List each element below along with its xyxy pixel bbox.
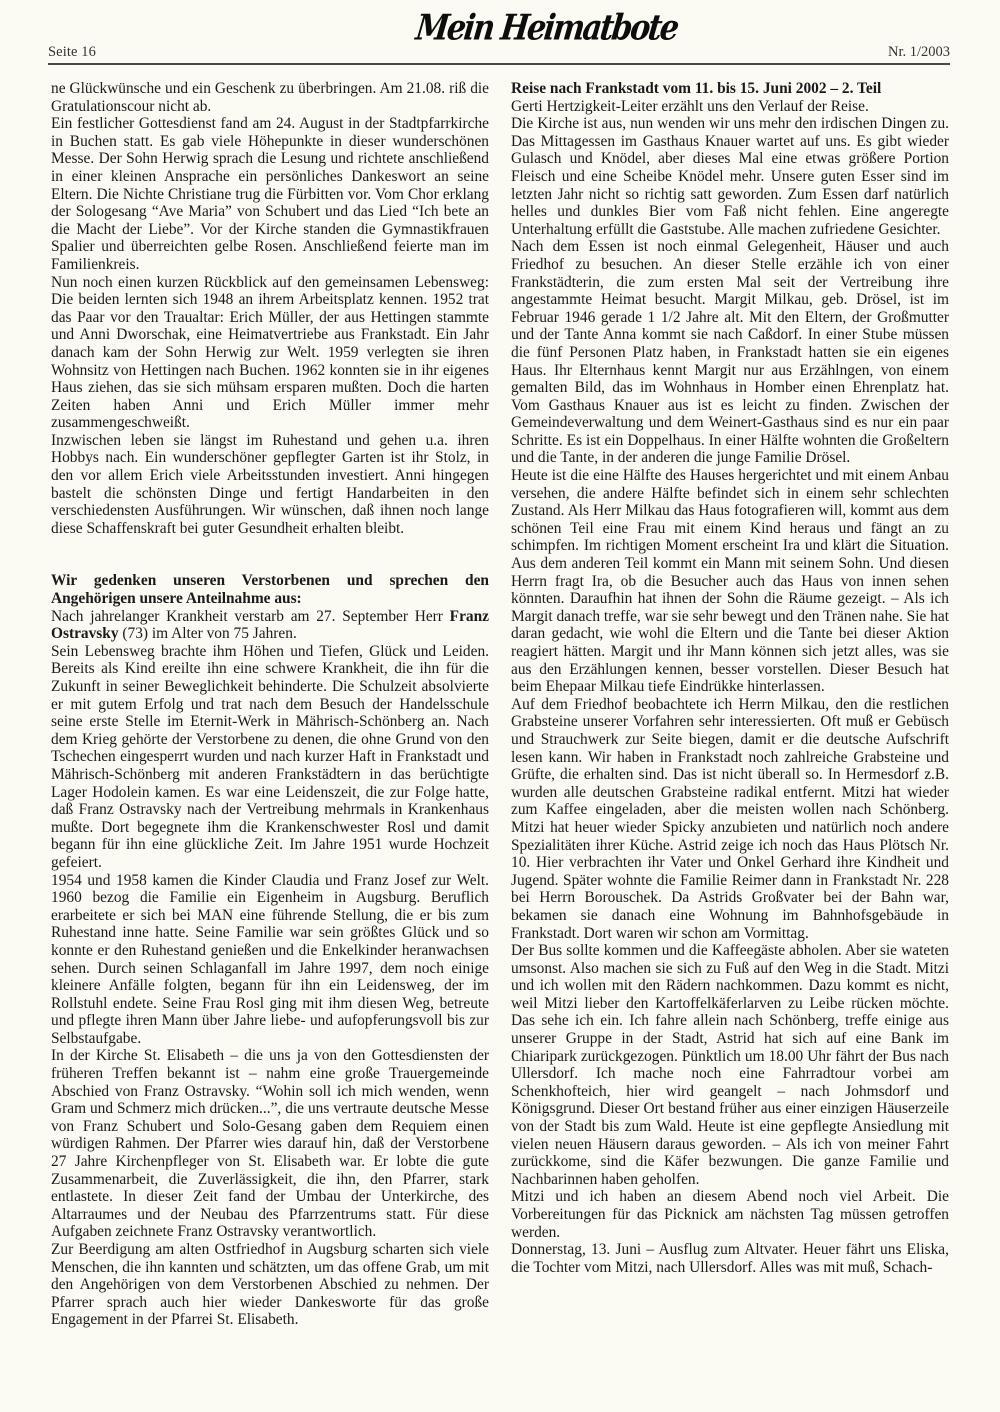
paragraph: ne Glückwünsche und ein Geschenk zu über… [51,80,489,115]
left-column: ne Glückwünsche und ein Geschenk zu über… [51,80,489,1329]
intro-text: (73) im Alter von 75 Jahren. [119,625,297,642]
paragraph: Inzwischen leben sie längst im Ruhestand… [51,432,489,538]
masthead-logo: Mein Heimatbote [414,11,608,46]
paragraph: Die Kirche ist aus, nun wenden wir uns m… [511,115,949,238]
paragraph: Heute ist die eine Hälfte des Hauses her… [511,467,949,696]
header-rule [48,63,950,65]
paragraph: Mitzi und ich haben an diesem Abend noch… [511,1188,949,1241]
paragraph: Zur Beerdigung am alten Ostfriedhof in A… [51,1241,489,1329]
byline: Gerti Hertzigkeit-Leiter erzählt uns den… [511,98,949,116]
issue-number: Nr. 1/2003 [888,44,950,61]
page-number: Seite 16 [48,44,96,61]
paragraph: Donnerstag, 13. Juni – Ausflug zum Altva… [511,1241,949,1276]
paragraph: 1954 und 1958 kamen die Kinder Claudia u… [51,872,489,1048]
paragraph: Der Bus sollte kommen und die Kaffeegäst… [511,942,949,1188]
obituary-heading: Wir gedenken unseren Verstorbenen und sp… [51,572,489,607]
paragraph: Nach dem Essen ist noch einmal Gelegenhe… [511,238,949,467]
page-header: Seite 16 Mein Heimatbote Nr. 1/2003 [48,0,950,68]
intro-text: Nach jahrelanger Krankheit verstarb am 2… [51,608,450,625]
obituary-intro: Nach jahrelanger Krankheit verstarb am 2… [51,608,489,643]
paragraph: Nun noch einen kurzen Rückblick auf den … [51,274,489,432]
right-column: Reise nach Frankstadt vom 11. bis 15. Ju… [511,80,949,1276]
paragraph: Sein Lebensweg brachte ihm Höhen und Tie… [51,643,489,872]
paragraph: Auf dem Friedhof beobachtete ich Herrn M… [511,696,949,942]
article-heading: Reise nach Frankstadt vom 11. bis 15. Ju… [511,80,949,98]
section-gap [51,537,489,572]
paragraph: Ein festlicher Gottesdienst fand am 24. … [51,115,489,273]
paragraph: In der Kirche St. Elisabeth – die uns ja… [51,1047,489,1241]
